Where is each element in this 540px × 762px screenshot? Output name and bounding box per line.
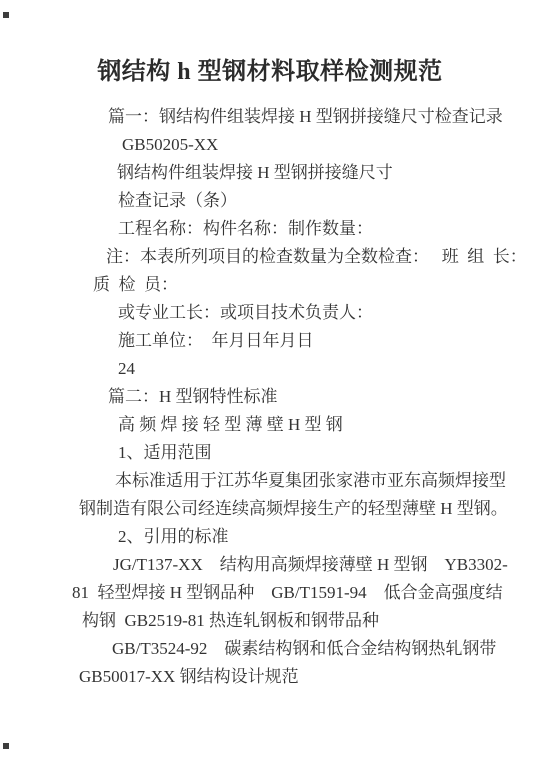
document-line: 检查记录（条） [72,187,540,215]
document-line: 1、适用范围 [72,439,540,467]
document-line: GB50205-XX [72,131,540,159]
document-line: 质 检 员： [72,271,540,299]
document-line: 本标准适用于江苏华夏集团张家港市亚东高频焊接型 [72,467,540,495]
document-line: GB50017-XX 钢结构设计规范 [72,663,540,691]
document-line: 或专业工长：或项目技术负责人： [72,299,540,327]
document-line: 高 频 焊 接 轻 型 薄 壁 H 型 钢 [72,411,540,439]
document-body: 篇一：钢结构件组装焊接 H 型钢拼接缝尺寸检查记录GB50205-XX钢结构件组… [0,103,540,691]
document-line: 篇二：H 型钢特性标准 [72,383,540,411]
page-corner-mark-top [3,12,9,18]
document-line: 81 轻型焊接 H 型钢品种 GB/T1591-94 低合金高强度结 [72,579,540,607]
document-line: 钢制造有限公司经连续高频焊接生产的轻型薄壁 H 型钢。 [72,495,540,523]
document-line: JG/T137-XX 结构用高频焊接薄壁 H 型钢 YB3302- [72,551,540,579]
page-corner-mark-bottom [3,743,9,749]
document-line: 24 [72,355,540,383]
document-title: 钢结构 h 型钢材料取样检测规范 [0,0,540,87]
document-line: 构钢 GB2519-81 热连轧钢板和钢带品种 [72,607,540,635]
document-line: 注：本表所列项目的检查数量为全数检查： 班 组 长： [72,243,540,271]
document-line: 施工单位： 年月日年月日 [72,327,540,355]
document-line: 工程名称：构件名称：制作数量： [72,215,540,243]
document-line: 2、引用的标准 [72,523,540,551]
document-line: GB/T3524-92 碳素结构钢和低合金结构钢热轧钢带 [72,635,540,663]
document-line: 钢结构件组装焊接 H 型钢拼接缝尺寸 [72,159,540,187]
document-line: 篇一：钢结构件组装焊接 H 型钢拼接缝尺寸检查记录 [72,103,540,131]
document-page: 钢结构 h 型钢材料取样检测规范 篇一：钢结构件组装焊接 H 型钢拼接缝尺寸检查… [0,0,540,762]
